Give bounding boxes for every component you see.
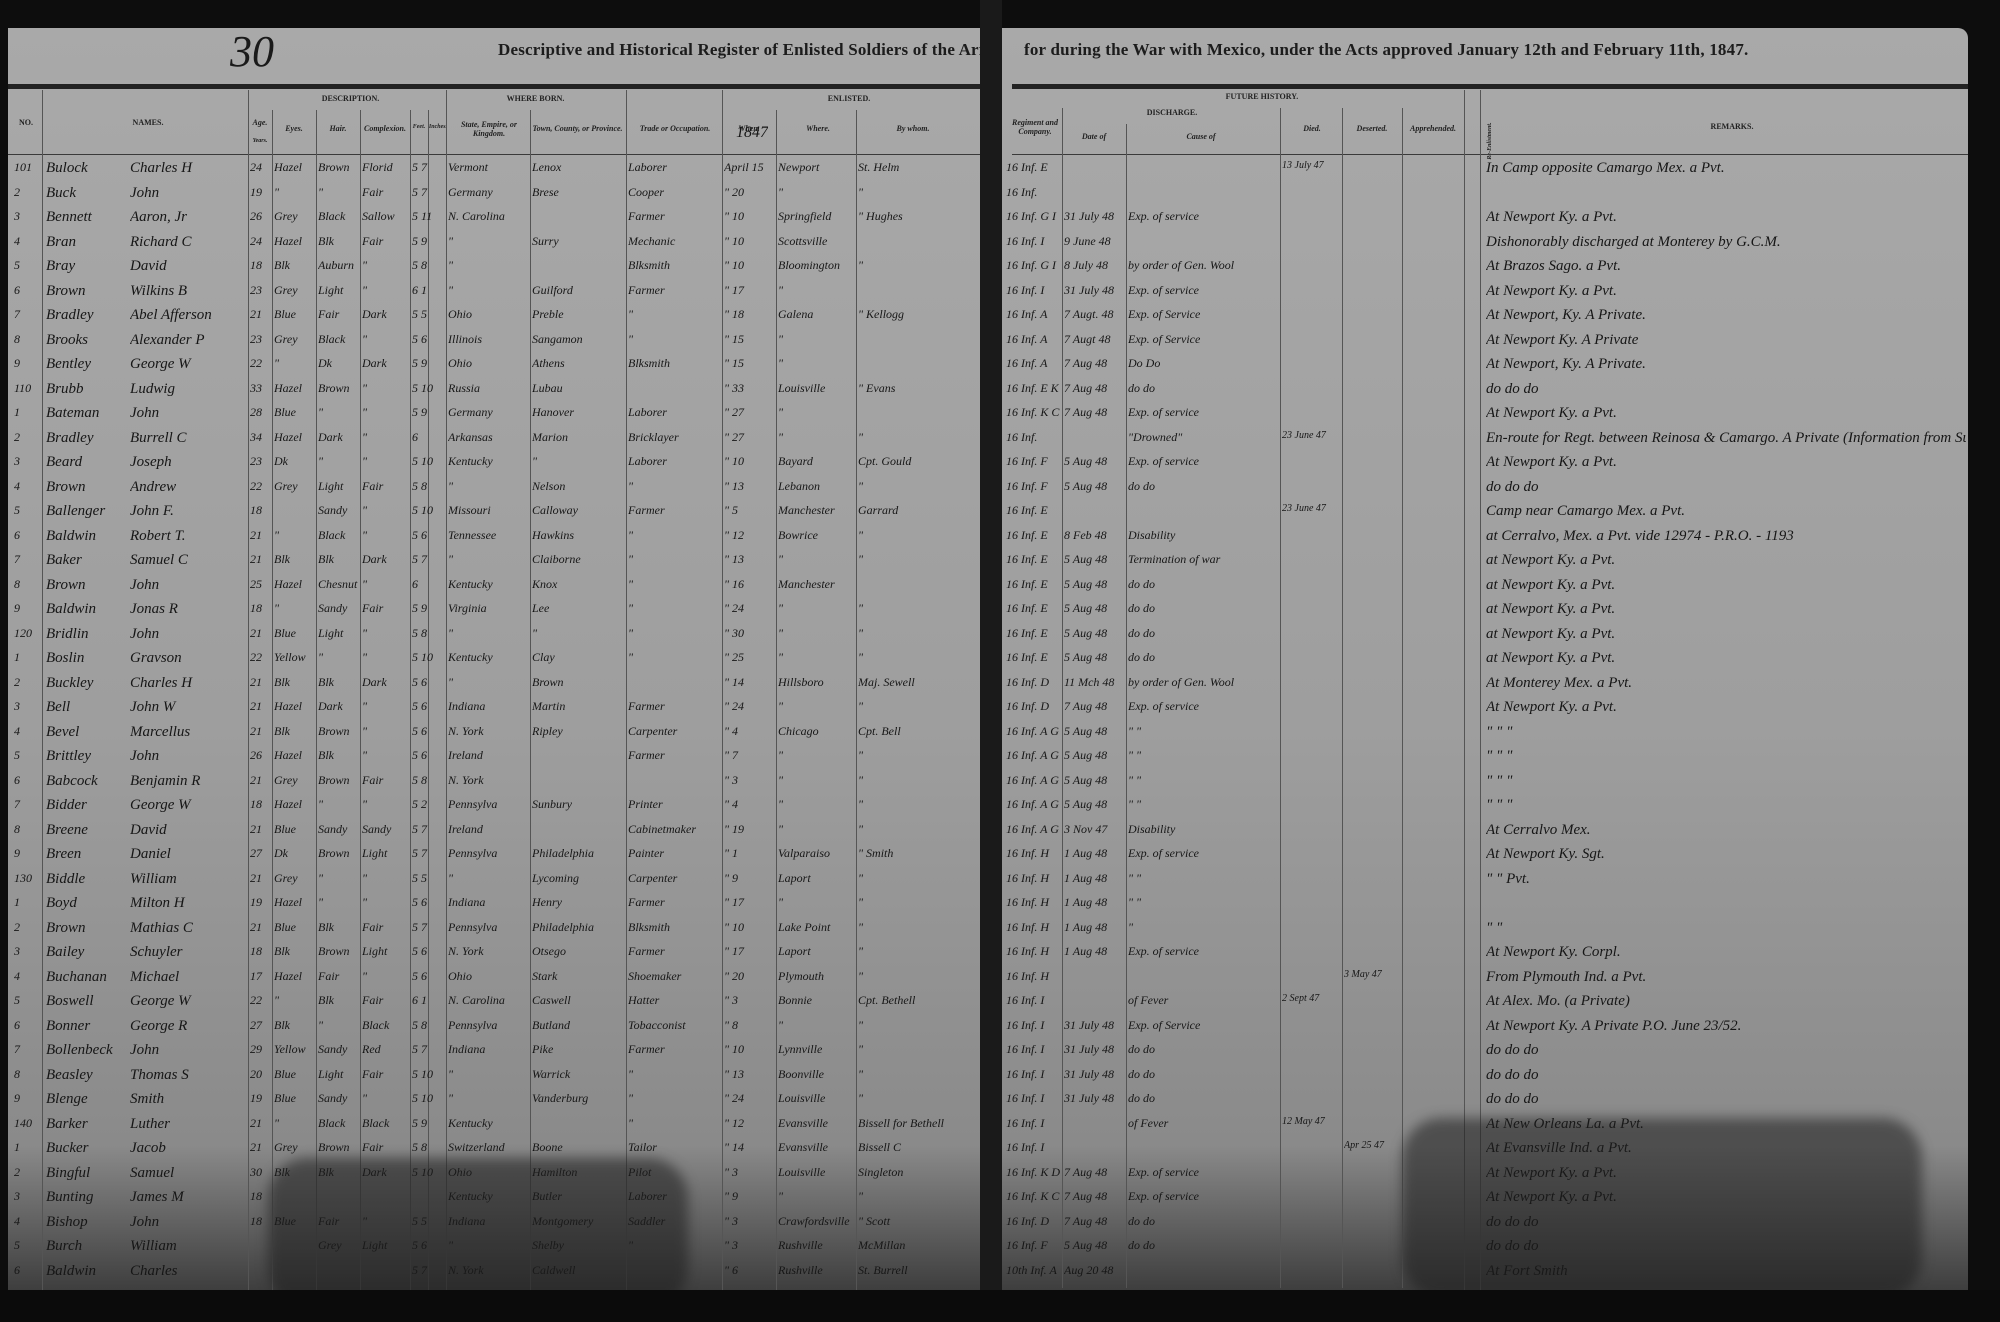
hair-cell: " bbox=[318, 895, 360, 910]
enlist-date-cell: " 13 bbox=[724, 552, 776, 567]
remarks-cell: At Newport Ky. a Pvt. bbox=[1486, 454, 1966, 471]
row-number-cell: 2 bbox=[14, 920, 38, 935]
complexion-cell: Black bbox=[362, 1116, 410, 1131]
hair-cell: " bbox=[318, 454, 360, 469]
occupation-cell: Cabinetmaker bbox=[628, 822, 722, 837]
given-name-cell: Abel Afferson bbox=[130, 307, 248, 324]
given-name-cell: William bbox=[130, 1238, 248, 1255]
table-row: 101BulockCharles H24HazelBrownFlorid5 7V… bbox=[8, 158, 980, 181]
hair-cell: Blk bbox=[318, 675, 360, 690]
row-number-cell: 9 bbox=[14, 1091, 38, 1106]
given-name-cell: Jacob bbox=[130, 1140, 248, 1157]
given-name-cell: David bbox=[130, 258, 248, 275]
occupation-cell: Painter bbox=[628, 846, 722, 861]
discharge-date-cell: 7 Aug 48 bbox=[1064, 1189, 1126, 1204]
discharge-cause-cell: Termination of war bbox=[1128, 552, 1280, 567]
row-number-cell: 1 bbox=[14, 650, 38, 665]
surname-cell: Bell bbox=[46, 699, 141, 716]
enlist-place-cell: Scottsville bbox=[778, 234, 856, 249]
row-number-cell: 9 bbox=[14, 601, 38, 616]
surname-cell: Bradley bbox=[46, 307, 141, 324]
surname-cell: Brooks bbox=[46, 332, 141, 349]
occupation-cell: " bbox=[628, 552, 722, 567]
occupation-cell: Farmer bbox=[628, 209, 722, 224]
table-row: 130BiddleWilliam21Grey""5 5"LycomingCarp… bbox=[8, 869, 980, 892]
table-row: 16 Inf. A7 Augt 48Exp. of ServiceAt Newp… bbox=[1002, 330, 1968, 353]
row-number-cell: 3 bbox=[14, 209, 38, 224]
table-row: 3BeardJoseph23Dk""5 10Kentucky"Laborer" … bbox=[8, 452, 980, 475]
regiment-company-cell: 16 Inf. I bbox=[1006, 1140, 1062, 1155]
row-number-cell: 3 bbox=[14, 944, 38, 959]
row-number-cell: 2 bbox=[14, 430, 38, 445]
table-row: 16 Inf. H1 Aug 48"" " bbox=[1002, 918, 1968, 941]
complexion-cell: " bbox=[362, 699, 410, 714]
occupation-cell: Carpenter bbox=[628, 724, 722, 739]
enlist-date-cell: " 10 bbox=[724, 454, 776, 469]
table-row: 16 Inf. Iof Fever2 Sept 47At Alex. Mo. (… bbox=[1002, 991, 1968, 1014]
enlist-place-cell: Louisville bbox=[778, 381, 856, 396]
birth-state-cell: " bbox=[448, 871, 530, 886]
discharge-cause-cell: do do bbox=[1128, 1214, 1280, 1229]
enlist-date-cell: " 4 bbox=[724, 797, 776, 812]
enlist-place-cell: Springfield bbox=[778, 209, 856, 224]
enlist-place-cell: Lynnville bbox=[778, 1042, 856, 1057]
remarks-cell: do do do bbox=[1486, 479, 1966, 496]
remarks-cell: At Newport Ky. a Pvt. bbox=[1486, 283, 1966, 300]
enlist-place-cell: " bbox=[778, 332, 856, 347]
discharge-cause-cell: of Fever bbox=[1128, 1116, 1280, 1131]
table-row: 16 Inf. A7 Aug 48Do DoAt Newport, Ky. A … bbox=[1002, 354, 1968, 377]
table-row: 16 Inf. I9 June 48Dishonorably discharge… bbox=[1002, 232, 1968, 255]
given-name-cell: Burrell C bbox=[130, 430, 248, 447]
birth-state-cell: Kentucky bbox=[448, 1116, 530, 1131]
discharge-date-cell: 5 Aug 48 bbox=[1064, 601, 1126, 616]
complexion-cell: " bbox=[362, 454, 410, 469]
discharge-date-cell: 7 Augt. 48 bbox=[1064, 307, 1126, 322]
enlist-place-cell: " bbox=[778, 797, 856, 812]
eyes-cell: " bbox=[274, 356, 316, 371]
header-age: Age. bbox=[250, 118, 270, 127]
table-row: 9BentleyGeorge W22"DkDark5 9OhioAthensBl… bbox=[8, 354, 980, 377]
remarks-cell: From Plymouth Ind. a Pvt. bbox=[1486, 969, 1966, 986]
row-number-cell: 9 bbox=[14, 846, 38, 861]
enlist-date-cell: " 1 bbox=[724, 846, 776, 861]
height-cell: 5 10 bbox=[412, 381, 446, 396]
height-cell: 5 2 bbox=[412, 797, 446, 812]
given-name-cell: Robert T. bbox=[130, 528, 248, 545]
enlist-place-cell: Newport bbox=[778, 160, 856, 175]
discharge-date-cell: 31 July 48 bbox=[1064, 283, 1126, 298]
birth-town-cell: Knox bbox=[532, 577, 626, 592]
age-cell: 21 bbox=[250, 528, 272, 543]
eyes-cell: Blk bbox=[274, 1018, 316, 1033]
hair-cell: Black bbox=[318, 209, 360, 224]
enlisted-by-cell: Maj. Sewell bbox=[858, 675, 976, 690]
remarks-cell: Camp near Camargo Mex. a Pvt. bbox=[1486, 503, 1966, 520]
discharge-date-cell: 7 Aug 48 bbox=[1064, 356, 1126, 371]
row-number-cell: 8 bbox=[14, 1067, 38, 1082]
eyes-cell: Blue bbox=[274, 822, 316, 837]
eyes-cell: " bbox=[274, 601, 316, 616]
given-name-cell: David bbox=[130, 822, 248, 839]
discharge-date-cell: 7 Aug 48 bbox=[1064, 1214, 1126, 1229]
age-cell: 17 bbox=[250, 969, 272, 984]
enlist-date-cell: " 27 bbox=[724, 405, 776, 420]
hair-cell: Sandy bbox=[318, 1042, 360, 1057]
birth-state-cell: N. Carolina bbox=[448, 993, 530, 1008]
row-number-cell: 2 bbox=[14, 1165, 38, 1180]
table-row: 2BradleyBurrell C34HazelDark"6ArkansasMa… bbox=[8, 428, 980, 451]
header-trade: Trade or Occupation. bbox=[630, 124, 720, 133]
height-cell: 6 1 bbox=[412, 993, 446, 1008]
enlisted-by-cell: " bbox=[858, 479, 976, 494]
given-name-cell: Charles H bbox=[130, 675, 248, 692]
height-cell: 5 10 bbox=[412, 650, 446, 665]
header-cause-of: Cause of bbox=[1126, 132, 1276, 141]
enlisted-by-cell: " bbox=[858, 626, 976, 641]
remarks-cell: " " " bbox=[1486, 773, 1966, 790]
birth-town-cell: Lycoming bbox=[532, 871, 626, 886]
birth-state-cell: " bbox=[448, 283, 530, 298]
table-row: 5BoswellGeorge W22"BlkFair6 1N. Carolina… bbox=[8, 991, 980, 1014]
discharge-cause-cell: " " bbox=[1128, 871, 1280, 886]
surname-cell: Bran bbox=[46, 234, 141, 251]
header-rule bbox=[1012, 84, 1968, 89]
age-cell: 30 bbox=[250, 1165, 272, 1180]
row-number-cell: 6 bbox=[14, 1263, 38, 1278]
table-row: 16 Inf. D11 Mch 48by order of Gen. WoolA… bbox=[1002, 673, 1968, 696]
enlisted-by-cell: " bbox=[858, 552, 976, 567]
enlisted-by-cell: " Evans bbox=[858, 381, 976, 396]
discharge-date-cell: 7 Aug 48 bbox=[1064, 405, 1126, 420]
table-row: 2BuckleyCharles H21BlkBlkDark5 6"Brown" … bbox=[8, 673, 980, 696]
complexion-cell: " bbox=[362, 748, 410, 763]
table-row: 16 Inf. E8 Feb 48Disabilityat Cerralvo, … bbox=[1002, 526, 1968, 549]
occupation-cell: Farmer bbox=[628, 748, 722, 763]
remarks-cell: at Newport Ky. a Pvt. bbox=[1486, 650, 1966, 667]
height-cell: 5 7 bbox=[412, 160, 446, 175]
birth-town-cell: Butland bbox=[532, 1018, 626, 1033]
hair-cell: Light bbox=[318, 1067, 360, 1082]
table-row: 16 Inf. H1 Aug 48Exp. of serviceAt Newpo… bbox=[1002, 942, 1968, 965]
eyes-cell: Blk bbox=[274, 944, 316, 959]
age-cell: 21 bbox=[250, 307, 272, 322]
hair-cell: Blk bbox=[318, 920, 360, 935]
hair-cell: " bbox=[318, 405, 360, 420]
table-row: 2BrownMathias C21BlueBlkFair5 7Pennsylva… bbox=[8, 918, 980, 941]
table-row: 16 Inf. E23 June 47Camp near Camargo Mex… bbox=[1002, 501, 1968, 524]
remarks-cell: do do do bbox=[1486, 1091, 1966, 1108]
birth-state-cell: Pennsylva bbox=[448, 846, 530, 861]
table-row: 16 Inf. E5 Aug 48do doat Newport Ky. a P… bbox=[1002, 648, 1968, 671]
book-gutter bbox=[980, 0, 1002, 1322]
birth-state-cell: " bbox=[448, 675, 530, 690]
birth-town-cell: Brown bbox=[532, 675, 626, 690]
table-row: 8BeasleyThomas S20BlueLightFair5 10"Warr… bbox=[8, 1065, 980, 1088]
regiment-company-cell: 16 Inf. H bbox=[1006, 944, 1062, 959]
height-cell: 5 6 bbox=[412, 724, 446, 739]
occupation-cell: " bbox=[628, 626, 722, 641]
enlist-place-cell: " bbox=[778, 626, 856, 641]
remarks-cell: Dishonorably discharged at Monterey by G… bbox=[1486, 234, 1966, 251]
enlist-date-cell: " 10 bbox=[724, 920, 776, 935]
row-number-cell: 4 bbox=[14, 234, 38, 249]
surname-cell: Bingful bbox=[46, 1165, 141, 1182]
discharge-cause-cell: Do Do bbox=[1128, 356, 1280, 371]
eyes-cell: Blue bbox=[274, 405, 316, 420]
complexion-cell: Fair bbox=[362, 993, 410, 1008]
complexion-cell: Fair bbox=[362, 920, 410, 935]
complexion-cell: Fair bbox=[362, 479, 410, 494]
age-cell: 27 bbox=[250, 846, 272, 861]
complexion-cell: " bbox=[362, 626, 410, 641]
enlisted-by-cell: Cpt. Bell bbox=[858, 724, 976, 739]
eyes-cell: Blk bbox=[274, 258, 316, 273]
discharge-cause-cell: " " bbox=[1128, 748, 1280, 763]
discharge-cause-cell: " " bbox=[1128, 797, 1280, 812]
table-row: 4BuchananMichael17HazelFair"5 6OhioStark… bbox=[8, 967, 980, 990]
table-row: 3BennettAaron, Jr26GreyBlackSallow5 11N.… bbox=[8, 207, 980, 230]
height-cell: 5 6 bbox=[412, 969, 446, 984]
given-name-cell: Charles H bbox=[130, 160, 248, 177]
complexion-cell: Florid bbox=[362, 160, 410, 175]
row-number-cell: 3 bbox=[14, 1189, 38, 1204]
hair-cell: Blk bbox=[318, 234, 360, 249]
birth-state-cell: Ohio bbox=[448, 356, 530, 371]
eyes-cell: Hazel bbox=[274, 748, 316, 763]
discharge-cause-cell: " " bbox=[1128, 724, 1280, 739]
given-name-cell: Joseph bbox=[130, 454, 248, 471]
complexion-cell: " bbox=[362, 405, 410, 420]
given-name-cell: John bbox=[130, 1214, 248, 1231]
birth-town-cell: Otsego bbox=[532, 944, 626, 959]
surname-cell: Bunting bbox=[46, 1189, 141, 1206]
height-cell: 5 8 bbox=[412, 1140, 446, 1155]
row-number-cell: 5 bbox=[14, 503, 38, 518]
enlist-place-cell: Bonnie bbox=[778, 993, 856, 1008]
enlist-place-cell: Lebanon bbox=[778, 479, 856, 494]
age-cell: 18 bbox=[250, 503, 272, 518]
regiment-company-cell: 16 Inf. H bbox=[1006, 871, 1062, 886]
enlist-date-cell: " 12 bbox=[724, 1116, 776, 1131]
age-cell: 34 bbox=[250, 430, 272, 445]
eyes-cell: " bbox=[274, 528, 316, 543]
enlist-place-cell: Lake Point bbox=[778, 920, 856, 935]
eyes-cell: Hazel bbox=[274, 160, 316, 175]
birth-town-cell: Ripley bbox=[532, 724, 626, 739]
table-row: 16 Inf. A7 Augt. 48Exp. of ServiceAt New… bbox=[1002, 305, 1968, 328]
regiment-company-cell: 16 Inf. A G bbox=[1006, 748, 1062, 763]
hair-cell: Chesnut bbox=[318, 577, 360, 592]
table-row: 3BaileySchuyler18BlkBrownLight5 6N. York… bbox=[8, 942, 980, 965]
complexion-cell: Fair bbox=[362, 185, 410, 200]
enlisted-by-cell: St. Helm bbox=[858, 160, 976, 175]
complexion-cell: Dark bbox=[362, 307, 410, 322]
enlisted-by-cell: Singleton bbox=[858, 1165, 976, 1180]
discharge-cause-cell: " bbox=[1128, 920, 1280, 935]
hair-cell: Dk bbox=[318, 356, 360, 371]
discharge-cause-cell: "Drowned" bbox=[1128, 430, 1280, 445]
table-row: 16 Inf. F5 Aug 48do dodo do do bbox=[1002, 477, 1968, 500]
eyes-cell: Blk bbox=[274, 675, 316, 690]
enlist-date-cell: " 14 bbox=[724, 675, 776, 690]
eyes-cell: " bbox=[274, 185, 316, 200]
row-number-cell: 7 bbox=[14, 307, 38, 322]
discharge-date-cell: 5 Aug 48 bbox=[1064, 773, 1126, 788]
enlisted-by-cell: " Smith bbox=[858, 846, 976, 861]
eyes-cell: Hazel bbox=[274, 699, 316, 714]
discharge-date-cell: 7 Aug 48 bbox=[1064, 699, 1126, 714]
remarks-cell: At Monterey Mex. a Pvt. bbox=[1486, 675, 1966, 692]
complexion-cell: " bbox=[362, 528, 410, 543]
occupation-cell: Farmer bbox=[628, 944, 722, 959]
enlist-place-cell: " bbox=[778, 895, 856, 910]
discharge-cause-cell: do do bbox=[1128, 479, 1280, 494]
complexion-cell: " bbox=[362, 871, 410, 886]
given-name-cell: Ludwig bbox=[130, 381, 248, 398]
enlist-place-cell: Laport bbox=[778, 871, 856, 886]
died-date-cell: 12 May 47 bbox=[1282, 1116, 1342, 1127]
enlist-date-cell: " 30 bbox=[724, 626, 776, 641]
discharge-cause-cell: Exp. of Service bbox=[1128, 332, 1280, 347]
enlist-date-cell: " 10 bbox=[724, 209, 776, 224]
remarks-cell: " " bbox=[1486, 920, 1966, 937]
discharge-cause-cell: by order of Gen. Wool bbox=[1128, 258, 1280, 273]
regiment-company-cell: 16 Inf. I bbox=[1006, 1091, 1062, 1106]
birth-state-cell: Illinois bbox=[448, 332, 530, 347]
birth-state-cell: Ireland bbox=[448, 748, 530, 763]
discharge-cause-cell: Exp. of service bbox=[1128, 209, 1280, 224]
occupation-cell: " bbox=[628, 1067, 722, 1082]
birth-town-cell: Henry bbox=[532, 895, 626, 910]
water-stain bbox=[1402, 1118, 1922, 1298]
row-number-cell: 120 bbox=[14, 626, 38, 641]
table-row: 16 Inf. A G3 Nov 47DisabilityAt Cerralvo… bbox=[1002, 820, 1968, 843]
enlist-place-cell: " bbox=[778, 430, 856, 445]
discharge-date-cell: 5 Aug 48 bbox=[1064, 479, 1126, 494]
given-name-cell: John F. bbox=[130, 503, 248, 520]
complexion-cell: " bbox=[362, 258, 410, 273]
given-name-cell: Benjamin R bbox=[130, 773, 248, 790]
hair-cell: Brown bbox=[318, 944, 360, 959]
height-cell: 5 6 bbox=[412, 699, 446, 714]
enlisted-by-cell: " Hughes bbox=[858, 209, 976, 224]
enlist-place-cell: " bbox=[778, 773, 856, 788]
discharge-cause-cell: Exp. of Service bbox=[1128, 1018, 1280, 1033]
header-names: NAMES. bbox=[48, 118, 248, 127]
enlist-date-cell: " 17 bbox=[724, 895, 776, 910]
row-number-cell: 5 bbox=[14, 993, 38, 1008]
enlisted-by-cell: Garrard bbox=[858, 503, 976, 518]
age-cell: 18 bbox=[250, 944, 272, 959]
discharge-cause-cell: Exp. of Service bbox=[1128, 307, 1280, 322]
enlisted-by-cell: St. Burrell bbox=[858, 1263, 976, 1278]
given-name-cell: George W bbox=[130, 797, 248, 814]
hair-cell: Light bbox=[318, 479, 360, 494]
discharge-date-cell: 5 Aug 48 bbox=[1064, 552, 1126, 567]
discharge-cause-cell: do do bbox=[1128, 650, 1280, 665]
hair-cell: Auburn bbox=[318, 258, 360, 273]
remarks-cell: At Newport Ky. A Private P.O. June 23/52… bbox=[1486, 1018, 1966, 1035]
discharge-date-cell: 31 July 48 bbox=[1064, 209, 1126, 224]
table-row: 16 Inf. A G5 Aug 48" "" " " bbox=[1002, 746, 1968, 769]
table-row: 6BonnerGeorge R27Blk"Black5 8PennsylvaBu… bbox=[8, 1016, 980, 1039]
table-row: 1BatemanJohn28Blue""5 9GermanyHanoverLab… bbox=[8, 403, 980, 426]
enlist-place-cell: " bbox=[778, 552, 856, 567]
given-name-cell: Richard C bbox=[130, 234, 248, 251]
enlist-place-cell: Manchester bbox=[778, 577, 856, 592]
occupation-cell: Blksmith bbox=[628, 356, 722, 371]
remarks-cell: At Cerralvo Mex. bbox=[1486, 822, 1966, 839]
given-name-cell: Luther bbox=[130, 1116, 248, 1133]
regiment-company-cell: 16 Inf. D bbox=[1006, 1214, 1062, 1229]
hair-cell: Sandy bbox=[318, 1091, 360, 1106]
given-name-cell: Gravson bbox=[130, 650, 248, 667]
height-cell: 5 6 bbox=[412, 528, 446, 543]
regiment-company-cell: 10th Inf. A bbox=[1006, 1263, 1062, 1278]
complexion-cell: Dark bbox=[362, 356, 410, 371]
age-cell: 24 bbox=[250, 234, 272, 249]
died-date-cell: 13 July 47 bbox=[1282, 160, 1342, 171]
birth-state-cell: " bbox=[448, 626, 530, 641]
birth-state-cell: N. Carolina bbox=[448, 209, 530, 224]
discharge-cause-cell: of Fever bbox=[1128, 993, 1280, 1008]
eyes-cell: Grey bbox=[274, 332, 316, 347]
table-row: 1BoydMilton H19Hazel""5 6IndianaHenryFar… bbox=[8, 893, 980, 916]
eyes-cell: Blue bbox=[274, 626, 316, 641]
age-cell: 18 bbox=[250, 258, 272, 273]
eyes-cell: " bbox=[274, 1116, 316, 1131]
height-cell: 5 10 bbox=[412, 503, 446, 518]
eyes-cell: Blue bbox=[274, 1091, 316, 1106]
enlisted-by-cell: Cpt. Bethell bbox=[858, 993, 976, 1008]
row-number-cell: 6 bbox=[14, 283, 38, 298]
surname-cell: Baldwin bbox=[46, 1263, 141, 1280]
enlist-place-cell: Rushville bbox=[778, 1238, 856, 1253]
regiment-company-cell: 16 Inf. I bbox=[1006, 993, 1062, 1008]
remarks-cell: at Newport Ky. a Pvt. bbox=[1486, 626, 1966, 643]
surname-cell: Bulock bbox=[46, 160, 141, 177]
enlist-date-cell: " 25 bbox=[724, 650, 776, 665]
remarks-cell: At Newport Ky. a Pvt. bbox=[1486, 405, 1966, 422]
header-town: Town, County, or Province. bbox=[530, 124, 625, 133]
height-cell: 5 6 bbox=[412, 332, 446, 347]
enlisted-by-cell: " bbox=[858, 748, 976, 763]
occupation-cell: " bbox=[628, 479, 722, 494]
birth-state-cell: N. York bbox=[448, 773, 530, 788]
complexion-cell: " bbox=[362, 283, 410, 298]
enlisted-by-cell: " bbox=[858, 1189, 976, 1204]
occupation-cell: Blksmith bbox=[628, 258, 722, 273]
enlisted-by-cell: " bbox=[858, 1042, 976, 1057]
enlist-date-cell: " 24 bbox=[724, 1091, 776, 1106]
discharge-date-cell: 7 Aug 48 bbox=[1064, 381, 1126, 396]
birth-state-cell: Ireland bbox=[448, 822, 530, 837]
header-date-of: Date of bbox=[1064, 132, 1124, 141]
header-description: DESCRIPTION. bbox=[258, 94, 443, 103]
discharge-cause-cell: Disability bbox=[1128, 822, 1280, 837]
enlist-date-cell: " 13 bbox=[724, 1067, 776, 1082]
header-by-whom: By whom. bbox=[858, 124, 968, 133]
table-row: 9BreenDaniel27DkBrownLight5 7PennsylvaPh… bbox=[8, 844, 980, 867]
discharge-cause-cell: Exp. of service bbox=[1128, 944, 1280, 959]
enlist-place-cell: Galena bbox=[778, 307, 856, 322]
height-cell: 5 8 bbox=[412, 773, 446, 788]
enlist-place-cell: " bbox=[778, 699, 856, 714]
surname-cell: Beasley bbox=[46, 1067, 141, 1084]
hair-cell: Light bbox=[318, 283, 360, 298]
regiment-company-cell: 16 Inf. A bbox=[1006, 332, 1062, 347]
